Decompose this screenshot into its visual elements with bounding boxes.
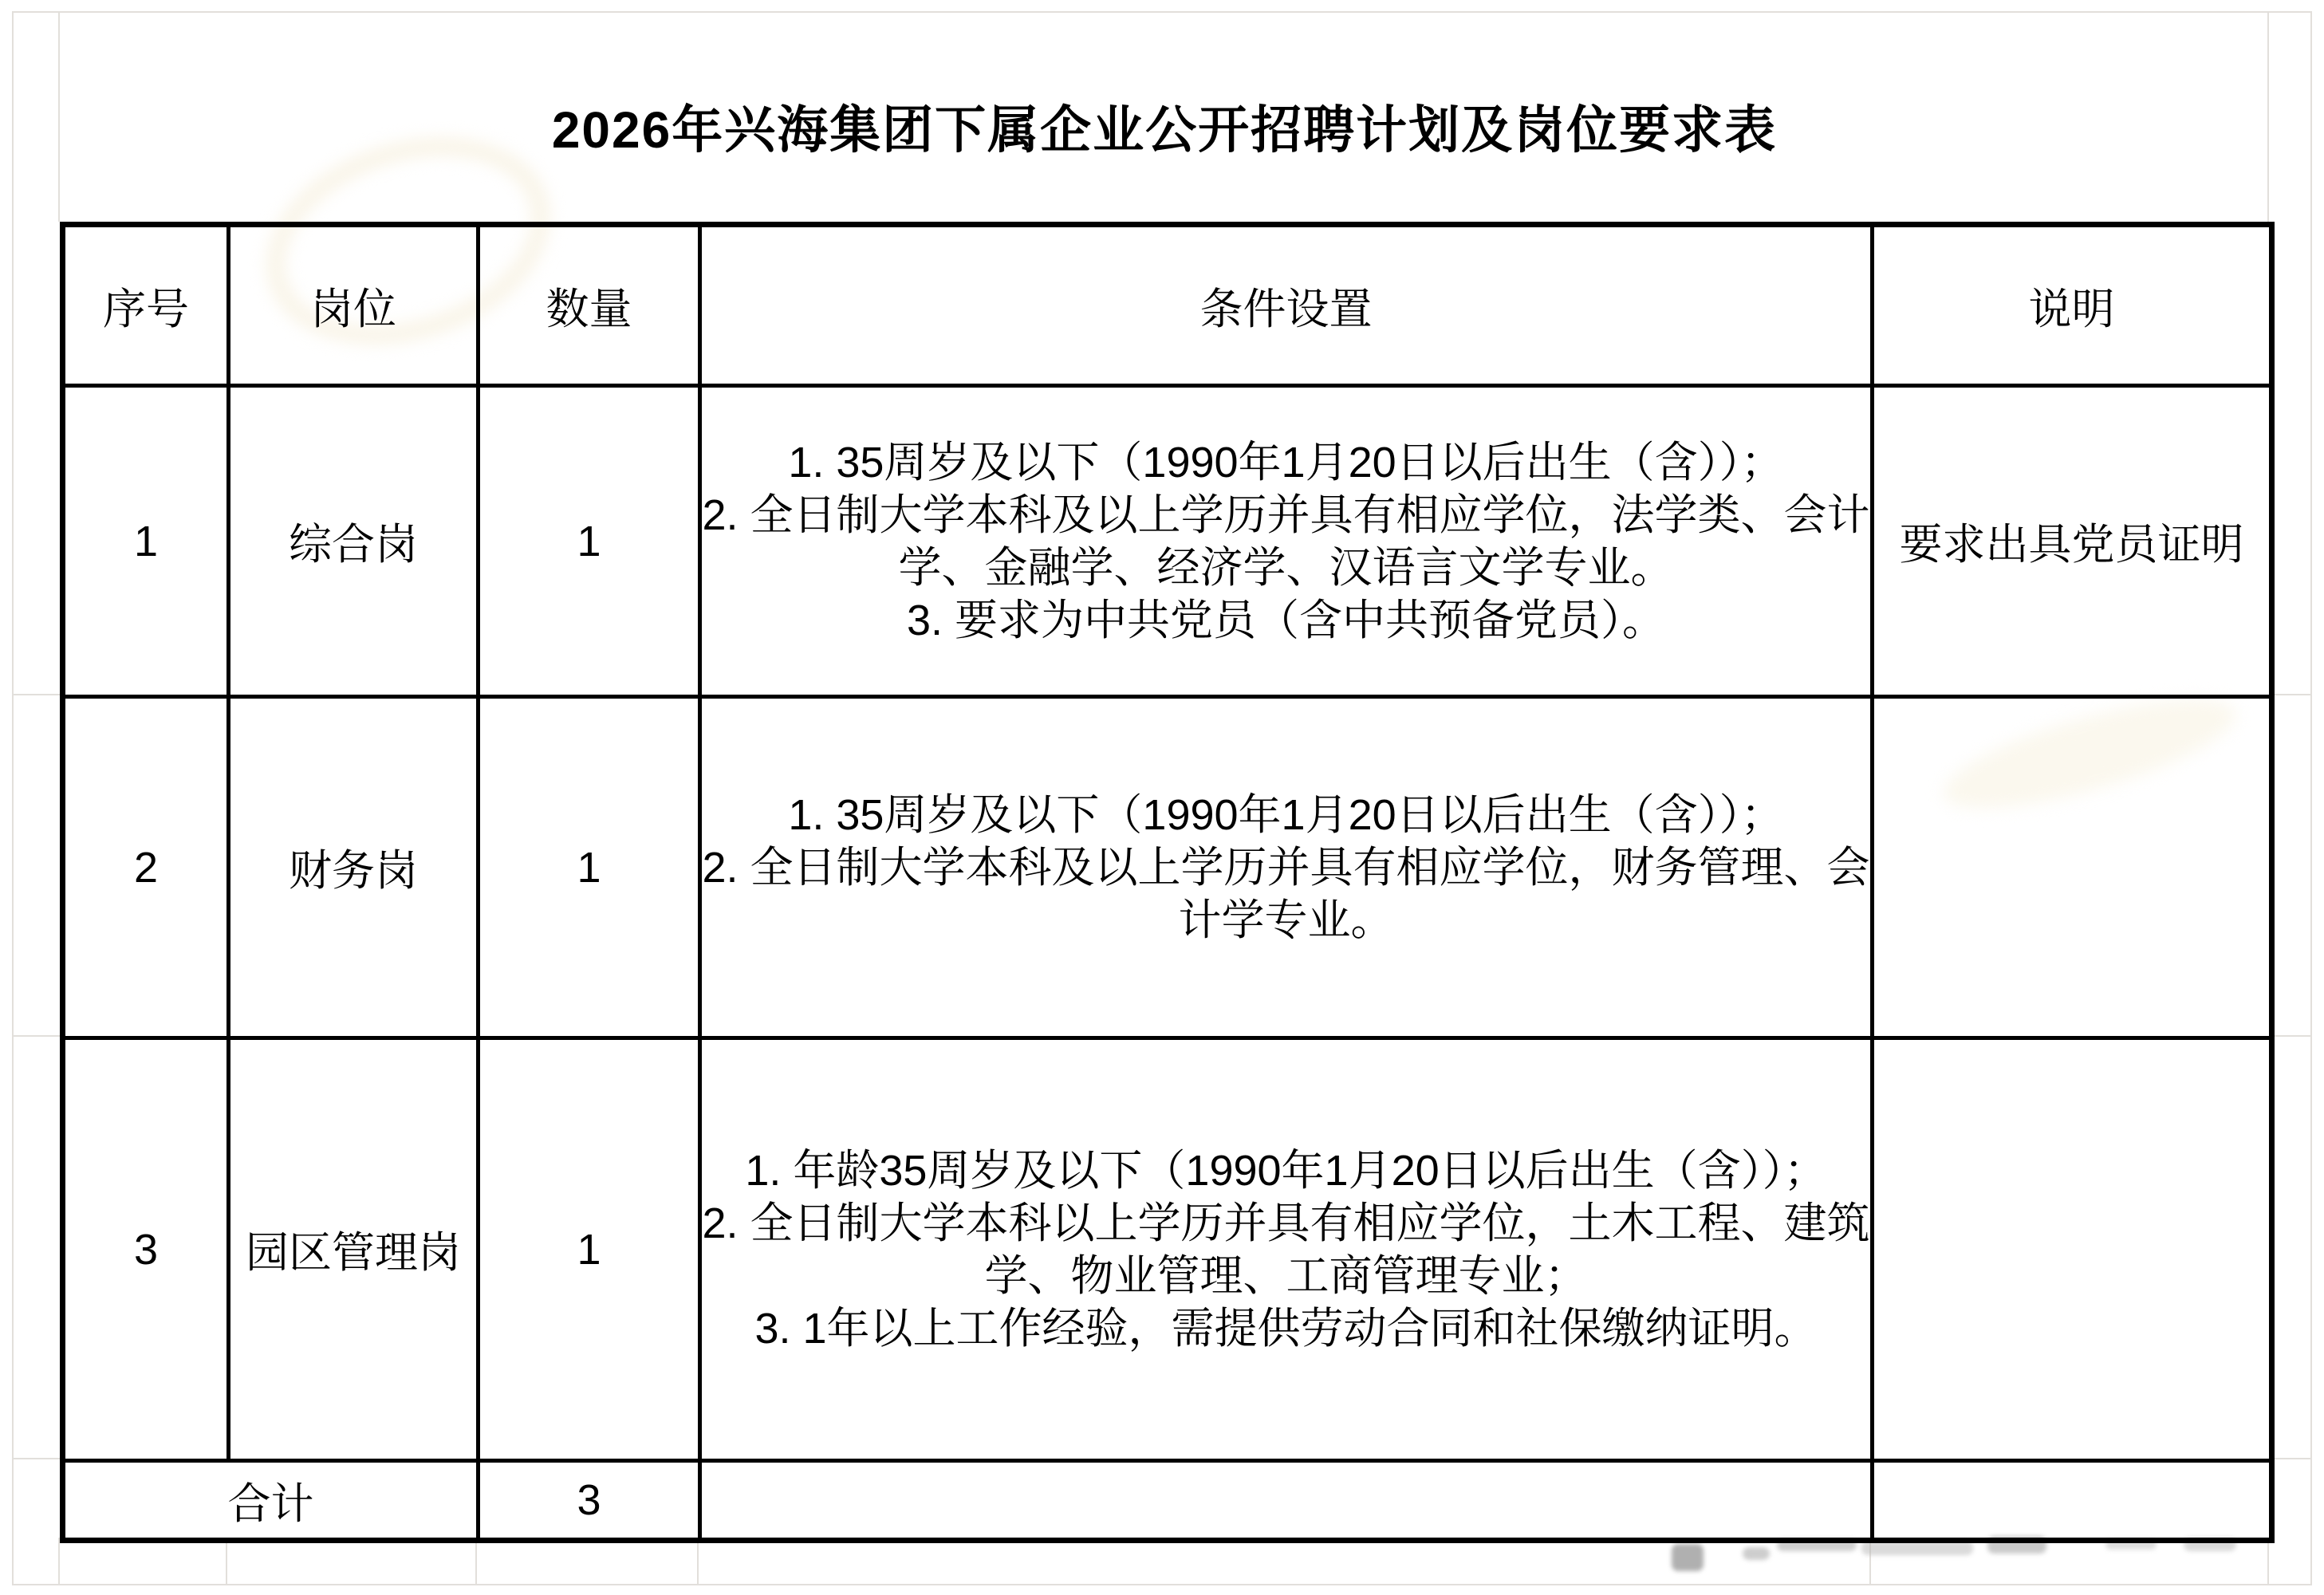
note-cell [1873, 1038, 2272, 1461]
table-row: 1 综合岗 1 1. 35周岁及以下（1990年1月20日以后出生（含））； 2… [63, 386, 2272, 697]
grid-line [2269, 1035, 2311, 1037]
table-row: 2 财务岗 1 1. 35周岁及以下（1990年1月20日以后出生（含））； 2… [63, 697, 2272, 1038]
recruitment-table: 序号 岗位 数量 条件设置 说明 1 综合岗 1 1. 35周岁及以下（1990… [60, 222, 2275, 1543]
empty-cell [1873, 1461, 2272, 1541]
count-cell: 1 [479, 1038, 700, 1461]
condition-item: 1. 35周岁及以下（1990年1月20日以后出生（含））； [702, 436, 1870, 489]
conditions-cell: 1. 35周岁及以下（1990年1月20日以后出生（含））； 2. 全日制大学本… [700, 386, 1873, 697]
header-row: 序号 岗位 数量 条件设置 说明 [63, 225, 2272, 386]
watermark-artifact [1743, 1547, 1770, 1560]
condition-item: 1. 年龄35周岁及以下（1990年1月20日以后出生（含））； [702, 1144, 1870, 1197]
condition-item: 3. 1年以上工作经验，需提供劳动合同和社保缴纳证明。 [702, 1302, 1870, 1355]
condition-item: 1. 35周岁及以下（1990年1月20日以后出生（含））； [702, 789, 1870, 841]
watermark-artifact [1672, 1544, 1704, 1571]
header-cell-count: 数量 [479, 225, 700, 386]
header-cell-note: 说明 [1873, 225, 2272, 386]
grid-line [12, 11, 14, 1585]
count-cell: 1 [479, 386, 700, 697]
grid-line [58, 1538, 60, 1585]
condition-item: 2. 全日制大学本科以上学历并具有相应学位，土木工程、建筑学、物业管理、工商管理… [702, 1197, 1870, 1302]
note-cell [1873, 697, 2272, 1038]
page-title: 2026年兴海集团下属企业公开招聘计划及岗位要求表 [60, 89, 2269, 163]
grid-line [12, 1035, 60, 1037]
total-label-cell: 合计 [63, 1461, 479, 1541]
table-row: 3 园区管理岗 1 1. 年龄35周岁及以下（1990年1月20日以后出生（含）… [63, 1038, 2272, 1461]
grid-line [12, 694, 60, 695]
note-cell: 要求出具党员证明 [1873, 386, 2272, 697]
condition-item: 3. 要求为中共党员（含中共预备党员）。 [702, 594, 1870, 647]
condition-item: 2. 全日制大学本科及以上学历并具有相应学位，财务管理、会计学专业。 [702, 841, 1870, 947]
seq-cell: 1 [63, 386, 229, 697]
total-count-cell: 3 [479, 1461, 700, 1541]
count-cell: 1 [479, 697, 700, 1038]
header-cell-conditions: 条件设置 [700, 225, 1873, 386]
post-cell: 综合岗 [229, 386, 479, 697]
seq-cell: 2 [63, 697, 229, 1038]
grid-line [2310, 11, 2312, 1585]
grid-line [12, 1584, 2312, 1585]
conditions-cell: 1. 35周岁及以下（1990年1月20日以后出生（含））； 2. 全日制大学本… [700, 697, 1873, 1038]
post-cell: 园区管理岗 [229, 1038, 479, 1461]
grid-line [226, 1538, 227, 1585]
grid-line [12, 1458, 60, 1459]
condition-item: 2. 全日制大学本科及以上学历并具有相应学位，法学类、会计学、金融学、经济学、汉… [702, 489, 1870, 594]
grid-line [12, 11, 2312, 13]
spreadsheet-page: 2026年兴海集团下属企业公开招聘计划及岗位要求表 序号 岗位 数量 条件设置 … [0, 0, 2324, 1595]
grid-line [2267, 1538, 2269, 1585]
total-row: 合计 3 [63, 1461, 2272, 1541]
header-cell-seq: 序号 [63, 225, 229, 386]
conditions-cell: 1. 年龄35周岁及以下（1990年1月20日以后出生（含））； 2. 全日制大… [700, 1038, 1873, 1461]
grid-line [697, 1538, 699, 1585]
seq-cell: 3 [63, 1038, 229, 1461]
grid-line [2269, 694, 2311, 695]
header-cell-post: 岗位 [229, 225, 479, 386]
post-cell: 财务岗 [229, 697, 479, 1038]
grid-line [2269, 1458, 2311, 1459]
empty-cell [700, 1461, 1873, 1541]
grid-line [475, 1538, 477, 1585]
